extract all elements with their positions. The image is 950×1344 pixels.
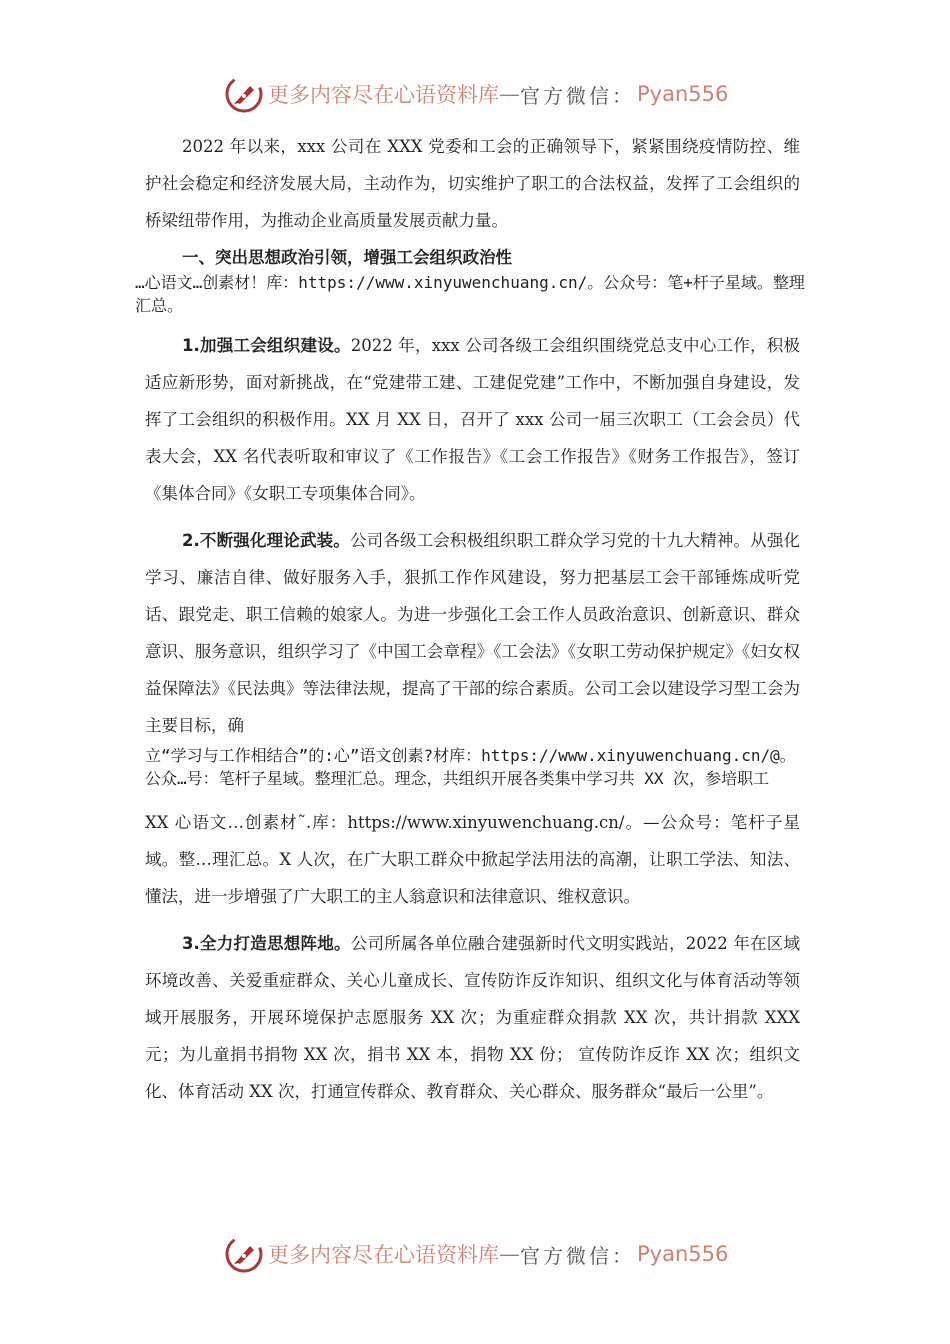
section-heading: 一、突出思想政治引领，增强工会组织政治性 — [145, 245, 800, 271]
banner-wechat-id: Pyan556 — [637, 1242, 728, 1266]
banner-dash: — — [499, 1242, 520, 1266]
watermark-text-2: 立“学习与工作相结合”的:心”语文创素?材库：https://www.xinyu… — [145, 744, 810, 790]
header-banner: 更多内容尽在心语资料库 — 官方微信： Pyan556 — [224, 72, 728, 116]
watermark-text: …心语文…创素材！库：https://www.xinyuwenchuang.cn… — [135, 271, 810, 317]
item-1-paragraph: 1.加强工会组织建设。2022 年，xxx 公司各级工会组织围绕党总支中心工作，… — [145, 327, 800, 512]
pen-nib-logo-icon — [224, 74, 264, 114]
document-body: 2022 年以来，xxx 公司在 XXX 党委和工会的正确领导下，紧紧围绕疫情防… — [145, 128, 800, 1110]
item-2-continuation: XX 心语文…创素材˜.库：https://www.xinyuwenchuang… — [145, 804, 800, 915]
banner-wechat-id: Pyan556 — [637, 82, 728, 106]
item-1-title: 1.加强工会组织建设。 — [182, 336, 351, 355]
item-3-title: 3.全力打造思想阵地。 — [182, 934, 351, 953]
item-1-text: 2022 年，xxx 公司各级工会组织围绕党总支中心工作，积极适应新形势，面对新… — [145, 336, 800, 503]
item-2-text: 公司各级工会积极组织职工群众学习党的十九大精神。从强化学习、廉洁自律、做好服务入… — [145, 531, 800, 735]
banner-slogan: 更多内容尽在心语资料库 — [268, 1239, 499, 1269]
item-2-title: 2.不断强化理论武装。 — [182, 531, 350, 550]
intro-paragraph: 2022 年以来，xxx 公司在 XXX 党委和工会的正确领导下，紧紧围绕疫情防… — [145, 128, 800, 239]
item-3-paragraph: 3.全力打造思想阵地。公司所属各单位融合建强新时代文明实践站，2022 年在区域… — [145, 925, 800, 1110]
footer-banner: 更多内容尽在心语资料库 — 官方微信： Pyan556 — [224, 1232, 728, 1276]
pen-nib-logo-icon — [224, 1234, 264, 1274]
item-2-paragraph: 2.不断强化理论武装。公司各级工会积极组织职工群众学习党的十九大精神。从强化学习… — [145, 522, 800, 744]
banner-slogan: 更多内容尽在心语资料库 — [268, 79, 499, 109]
banner-wechat-label: 官方微信： — [520, 1240, 635, 1269]
banner-wechat-label: 官方微信： — [520, 80, 635, 109]
item-3-text: 公司所属各单位融合建强新时代文明实践站，2022 年在区域环境改善、关爱重症群众… — [145, 934, 800, 1101]
banner-dash: — — [499, 82, 520, 106]
